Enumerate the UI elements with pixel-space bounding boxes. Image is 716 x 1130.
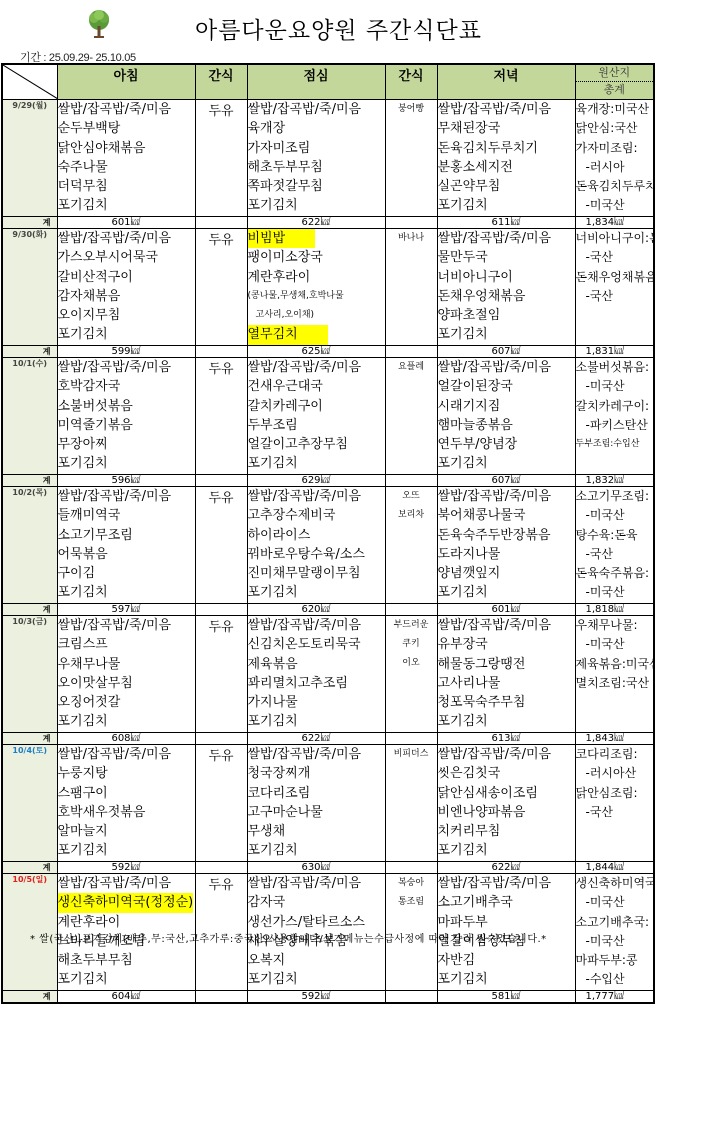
dinner-kcal: 611㎉	[437, 217, 575, 229]
menu-item-text: 치커리무침	[438, 824, 501, 839]
snack1-cell: 두유	[195, 616, 247, 733]
origin-cell: 우채무나물:-미국산제육볶음:미국산멸치조림:국산	[575, 616, 654, 733]
menu-item: 호박새우젓볶음	[58, 803, 195, 822]
diagonal-line-icon	[3, 65, 57, 99]
lunch-kcal: 629㎉	[247, 475, 385, 487]
menu-item-text: 쌀밥/잡곡밥/죽/미음	[58, 360, 172, 375]
daily-total-kcal: 1,831㎉	[575, 346, 654, 358]
menu-item: 자반김	[438, 951, 575, 970]
menu-item-text: 포기김치	[438, 198, 488, 213]
menu-item: 포기김치	[438, 325, 575, 344]
origin-item	[576, 712, 654, 731]
menu-item-text: 쌀밥/잡곡밥/죽/미음	[58, 102, 172, 117]
menu-item: 팽이미소장국	[248, 248, 385, 267]
breakfast-cell: 쌀밥/잡곡밥/죽/미음크림스프우채무나물오이맛살무침오징어젓갈포기김치	[57, 616, 195, 733]
menu-item: 쌀밥/잡곡밥/죽/미음	[438, 487, 575, 506]
column-header-snack2: 간식	[385, 64, 437, 100]
snack2-kcal	[385, 991, 437, 1004]
menu-item: 소불버섯볶음	[58, 397, 195, 416]
menu-item-text: 누룽지탕	[58, 766, 108, 781]
menu-item: 생선가스/탈타르소스	[248, 913, 385, 932]
menu-item: 쌀밥/잡곡밥/죽/미음	[438, 874, 575, 893]
origin-cell: 코다리조림:-러시아산닭안심조림:-국산	[575, 745, 654, 862]
menu-item-text: 쌀밥/잡곡밥/죽/미음	[248, 618, 362, 633]
menu-item-text: 호박새우젓볶음	[58, 805, 146, 820]
menu-item-text: 해물동그랑땡전	[438, 657, 526, 672]
day-row: 10/4(토)쌀밥/잡곡밥/죽/미음누룽지탕스팸구이호박새우젓볶음알마늘지포기김…	[2, 745, 654, 862]
menu-item-text: 쌀밥/잡곡밥/죽/미음	[248, 102, 362, 117]
origin-item: 소고기무조림:	[576, 487, 654, 506]
origin-item: -미국산	[576, 506, 654, 525]
dinner-cell: 쌀밥/잡곡밥/죽/미음얼갈이된장국시래기지짐햄마늘종볶음연두부/양념장포기김치	[437, 358, 575, 475]
menu-item-text: 소불버섯볶음	[58, 399, 133, 414]
menu-item: 해초두부무침	[248, 158, 385, 177]
menu-item: 가스오부시어묵국	[58, 248, 195, 267]
menu-item-text: 마파두부	[438, 915, 488, 930]
snack-item: 요플레	[386, 358, 437, 377]
day-label: 10/1(수)	[2, 358, 57, 475]
breakfast-kcal: 597㎉	[57, 604, 195, 616]
menu-item-text: 하이라이스	[248, 528, 311, 543]
menu-item: 쌀밥/잡곡밥/죽/미음	[438, 616, 575, 635]
column-header-lunch: 점심	[247, 64, 385, 100]
menu-item-text: 오이지무침	[58, 308, 121, 323]
menu-item-text: 쪽파젓갈무침	[248, 179, 323, 194]
snack-item: 통조림	[386, 893, 437, 912]
menu-item-text: 무장아찌	[58, 437, 108, 452]
menu-item: 분홍소세지전	[438, 158, 575, 177]
menu-item: 꿔바로우탕수육/소스	[248, 545, 385, 564]
menu-item-text: 비엔나양파볶음	[438, 805, 526, 820]
total-label: 계	[2, 862, 57, 874]
snack-item: 쿠키	[386, 635, 437, 654]
menu-item-text: 포기김치	[248, 714, 298, 729]
snack2-kcal	[385, 604, 437, 616]
menu-item: 얼갈이고추장무침	[248, 435, 385, 454]
daily-total-kcal: 1,843㎉	[575, 733, 654, 745]
menu-item-text: 실곤약무침	[438, 179, 501, 194]
origin-item: 돈육숙주볶음:	[576, 564, 654, 583]
menu-item-text: 순두부백탕	[58, 121, 121, 136]
snack2-kcal	[385, 475, 437, 487]
menu-item-text: 미역줄기볶음	[58, 418, 133, 433]
menu-item-text: 숙주나물	[58, 160, 108, 175]
menu-item: 숙주나물	[58, 158, 195, 177]
menu-item: 도라지나물	[438, 545, 575, 564]
origin-item: -국산	[576, 803, 654, 822]
menu-item-text: 시래기지짐	[438, 399, 501, 414]
menu-item-text: 소고기배추국	[438, 895, 513, 910]
menu-item: 두부조림	[248, 416, 385, 435]
menu-item-text: 무채된장국	[438, 121, 501, 136]
origin-item: 돈채우엉채볶음:	[576, 268, 654, 287]
breakfast-cell: 쌀밥/잡곡밥/죽/미음누룽지탕스팸구이호박새우젓볶음알마늘지포기김치	[57, 745, 195, 862]
menu-item-text: 팽이미소장국	[248, 250, 323, 265]
menu-item-text: 비빔밥	[248, 229, 316, 248]
menu-item-text: 더덕무침	[58, 179, 108, 194]
menu-item: 쌀밥/잡곡밥/죽/미음	[248, 487, 385, 506]
origin-item	[576, 822, 654, 841]
breakfast-kcal: 601㎉	[57, 217, 195, 229]
origin-cell: 소고기무조림:-미국산탕수육:돈육-국산돈육숙주볶음:-미국산	[575, 487, 654, 604]
menu-item-text: 가자미조림	[248, 141, 311, 156]
menu-item-text: 포기김치	[438, 972, 488, 987]
lunch-kcal: 630㎉	[247, 862, 385, 874]
dinner-kcal: 613㎉	[437, 733, 575, 745]
menu-item-text: 청국장찌개	[248, 766, 311, 781]
total-label: 총계	[576, 82, 654, 98]
menu-item-text: 포기김치	[248, 198, 298, 213]
origin-item: -미국산	[576, 196, 654, 215]
dinner-cell: 쌀밥/잡곡밥/죽/미음씻은김칫국닭안심새송이조림비엔나양파볶음치커리무침포기김치	[437, 745, 575, 862]
snack-item: 보리차	[386, 506, 437, 525]
menu-item: 꽈리멸치고추조림	[248, 674, 385, 693]
dinner-cell: 쌀밥/잡곡밥/죽/미음무채된장국돈육김치두루치기분홍소세지전실곤약무침포기김치	[437, 100, 575, 217]
origin-item: -러시아	[576, 158, 654, 177]
menu-item: 쌀밥/잡곡밥/죽/미음	[438, 745, 575, 764]
menu-item: 포기김치	[58, 325, 195, 344]
menu-item-text: 포기김치	[248, 843, 298, 858]
total-row: 계592㎉630㎉622㎉1,844㎉	[2, 862, 654, 874]
total-label: 계	[2, 475, 57, 487]
total-row: 계604㎉592㎉581㎉1,777㎉	[2, 991, 654, 1004]
breakfast-cell: 쌀밥/잡곡밥/죽/미음순두부백탕닭안심야채볶음숙주나물더덕무침포기김치	[57, 100, 195, 217]
snack1-kcal	[195, 346, 247, 358]
menu-item-text: 포기김치	[438, 327, 488, 342]
dinner-cell: 쌀밥/잡곡밥/죽/미음유부장국해물동그랑땡전고사리나물청포묵숙주무침포기김치	[437, 616, 575, 733]
menu-item-text: 포기김치	[58, 456, 108, 471]
lunch-cell: 쌀밥/잡곡밥/죽/미음신김치온도토리묵국제육볶음꽈리멸치고추조림가지나물포기김치	[247, 616, 385, 733]
breakfast-kcal: 604㎉	[57, 991, 195, 1004]
menu-item: 건새우근대국	[248, 377, 385, 396]
menu-item: 돈육김치두루치기	[438, 139, 575, 158]
menu-item: 포기김치	[58, 454, 195, 473]
day-row: 10/3(금)쌀밥/잡곡밥/죽/미음크림스프우채무나물오이맛살무침오징어젓갈포기…	[2, 616, 654, 733]
total-label: 계	[2, 991, 57, 1004]
snack2-cell: 부드러운쿠키이오	[385, 616, 437, 733]
menu-item-text: 포기김치	[438, 456, 488, 471]
menu-item-text: 포기김치	[248, 456, 298, 471]
menu-item: 고사리,오이채)	[248, 306, 385, 325]
weekly-menu-table: 아침 간식 점심 간식 저녁 원산지 총계 9/29(월)쌀밥/잡곡밥/죽/미음…	[1, 63, 655, 1004]
total-row: 계599㎉625㎉607㎉1,831㎉	[2, 346, 654, 358]
origin-label: 원산지	[576, 65, 654, 82]
origin-item: 닭안심:국산	[576, 119, 654, 138]
total-label: 계	[2, 217, 57, 229]
origin-item	[576, 325, 654, 344]
total-row: 계596㎉629㎉607㎉1,832㎉	[2, 475, 654, 487]
total-row: 계597㎉620㎉601㎉1,818㎉	[2, 604, 654, 616]
menu-item-text: 포기김치	[58, 585, 108, 600]
menu-item: 쌀밥/잡곡밥/죽/미음	[58, 100, 195, 119]
menu-item-text: 포기김치	[248, 972, 298, 987]
menu-item-text: 알마늘지	[58, 824, 108, 839]
menu-item: 비빔밥	[248, 229, 385, 248]
menu-item: 육개장	[248, 119, 385, 138]
menu-item: 쌀밥/잡곡밥/죽/미음	[248, 358, 385, 377]
total-label: 계	[2, 733, 57, 745]
menu-item-text: 양념깻잎지	[438, 566, 501, 581]
menu-item: 고사리나물	[438, 674, 575, 693]
menu-item: 우채무나물	[58, 655, 195, 674]
menu-item-text: 도라지나물	[438, 547, 501, 562]
menu-item: 쌀밥/잡곡밥/죽/미음	[58, 874, 195, 893]
menu-item-text: 북어채콩나물국	[438, 508, 526, 523]
menu-item-text: 닭안심야채볶음	[58, 141, 146, 156]
column-header-dinner: 저녁	[437, 64, 575, 100]
day-label: 10/3(금)	[2, 616, 57, 733]
snack-item: 부드러운	[386, 616, 437, 635]
menu-item-text: 포기김치	[58, 714, 108, 729]
menu-item-text: 쌀밥/잡곡밥/죽/미음	[438, 747, 552, 762]
origin-item: -러시아산	[576, 764, 654, 783]
breakfast-cell: 쌀밥/잡곡밥/죽/미음호박감자국소불버섯볶음미역줄기볶음무장아찌포기김치	[57, 358, 195, 475]
menu-item: 돈채우엉채볶음	[438, 287, 575, 306]
menu-item: 시래기지짐	[438, 397, 575, 416]
snack2-cell: 요플레	[385, 358, 437, 475]
origin-item: 가자미조림:	[576, 139, 654, 158]
total-row: 계608㎉622㎉613㎉1,843㎉	[2, 733, 654, 745]
menu-item: 쌀밥/잡곡밥/죽/미음	[438, 229, 575, 248]
lunch-kcal: 592㎉	[247, 991, 385, 1004]
menu-item-text: 가스오부시어묵국	[58, 250, 158, 265]
snack-item: 복숭아	[386, 874, 437, 893]
menu-item: 쌀밥/잡곡밥/죽/미음	[58, 487, 195, 506]
menu-item-text: 무생채	[248, 824, 286, 839]
menu-item: 청포묵숙주무침	[438, 693, 575, 712]
total-label: 계	[2, 346, 57, 358]
menu-item-text: 포기김치	[248, 585, 298, 600]
snack2-kcal	[385, 862, 437, 874]
snack-item: 오뜨	[386, 487, 437, 506]
menu-item: (콩나물,무생채,호박나물	[248, 287, 385, 306]
menu-item-text: 쌀밥/잡곡밥/죽/미음	[58, 489, 172, 504]
daily-total-kcal: 1,818㎉	[575, 604, 654, 616]
menu-item: 포기김치	[58, 712, 195, 731]
menu-item: 포기김치	[438, 970, 575, 989]
breakfast-kcal: 599㎉	[57, 346, 195, 358]
lunch-cell: 쌀밥/잡곡밥/죽/미음건새우근대국갈치카레구이두부조림얼갈이고추장무침포기김치	[247, 358, 385, 475]
origin-item: -미국산	[576, 893, 654, 912]
corner-cell	[2, 64, 57, 100]
menu-item: 포기김치	[438, 841, 575, 860]
menu-item: 감자국	[248, 893, 385, 912]
menu-item-text: 돈육김치두루치기	[438, 141, 538, 156]
breakfast-kcal: 608㎉	[57, 733, 195, 745]
menu-item-text: 포기김치	[438, 714, 488, 729]
menu-item-text: 오복지	[248, 953, 286, 968]
menu-item: 해초두부무침	[58, 951, 195, 970]
day-label: 10/2(목)	[2, 487, 57, 604]
snack2-cell: 오뜨보리차	[385, 487, 437, 604]
menu-item-text: 오징어젓갈	[58, 695, 121, 710]
breakfast-cell: 쌀밥/잡곡밥/죽/미음가스오부시어묵국갈비산적구이감자채볶음오이지무침포기김치	[57, 229, 195, 346]
menu-item: 미역줄기볶음	[58, 416, 195, 435]
total-label: 계	[2, 604, 57, 616]
menu-item-text: 해초두부무침	[58, 953, 133, 968]
lunch-cell: 쌀밥/잡곡밥/죽/미음육개장가자미조림해초두부무침쪽파젓갈무침포기김치	[247, 100, 385, 217]
menu-item-text: 돈육숙주두반장볶음	[438, 528, 551, 543]
lunch-kcal: 622㎉	[247, 217, 385, 229]
menu-item-text: 너비아니구이	[438, 270, 513, 285]
origin-item: 우채무나물:	[576, 616, 654, 635]
day-row: 10/2(목)쌀밥/잡곡밥/죽/미음들깨미역국소고기무조림어묵볶음구이김포기김치…	[2, 487, 654, 604]
menu-item: 오이맛살무침	[58, 674, 195, 693]
origin-item: 너비아니구이:돈,계육	[576, 229, 654, 248]
origin-item: 갈치카레구이:	[576, 397, 654, 416]
menu-item: 쪽파젓갈무침	[248, 177, 385, 196]
menu-item-text: 고추장수제비국	[248, 508, 336, 523]
menu-item-text: 쌀밥/잡곡밥/죽/미음	[58, 876, 172, 891]
origin-item	[576, 841, 654, 860]
menu-item-text: (콩나물,무생채,호박나물	[248, 291, 344, 301]
menu-item: 순두부백탕	[58, 119, 195, 138]
menu-item: 계란후라이	[248, 268, 385, 287]
menu-item: 무장아찌	[58, 435, 195, 454]
menu-item: 무생채	[248, 822, 385, 841]
origin-item	[576, 693, 654, 712]
breakfast-cell: 쌀밥/잡곡밥/죽/미음들깨미역국소고기무조림어묵볶음구이김포기김치	[57, 487, 195, 604]
menu-item-text: 갈비산적구이	[58, 270, 133, 285]
snack2-kcal	[385, 346, 437, 358]
menu-item-text: 얼갈이고추장무침	[248, 437, 348, 452]
origin-item: 닭안심조림:	[576, 784, 654, 803]
origin-cell: 너비아니구이:돈,계육-국산돈채우엉채볶음:-국산	[575, 229, 654, 346]
day-label: 9/29(월)	[2, 100, 57, 217]
menu-item: 진미채무말랭이무침	[248, 564, 385, 583]
menu-item: 가자미조림	[248, 139, 385, 158]
breakfast-kcal: 596㎉	[57, 475, 195, 487]
menu-item: 마파두부	[438, 913, 575, 932]
menu-item-text: 쌀밥/잡곡밥/죽/미음	[248, 489, 362, 504]
day-row: 10/1(수)쌀밥/잡곡밥/죽/미음호박감자국소불버섯볶음미역줄기볶음무장아찌포…	[2, 358, 654, 475]
menu-item-text: 갈치카레구이	[248, 399, 323, 414]
menu-item: 고추장수제비국	[248, 506, 385, 525]
origin-item	[576, 454, 654, 473]
snack2-kcal	[385, 217, 437, 229]
menu-item-text: 소고기무조림	[58, 528, 133, 543]
menu-item: 포기김치	[438, 583, 575, 602]
menu-item: 포기김치	[248, 196, 385, 215]
dinner-cell: 쌀밥/잡곡밥/죽/미음물만두국너비아니구이돈채우엉채볶음양파초절임포기김치	[437, 229, 575, 346]
menu-item-text: 신김치온도토리묵국	[248, 637, 361, 652]
menu-item-text: 오이맛살무침	[58, 676, 133, 691]
menu-item-text: 포기김치	[58, 327, 108, 342]
menu-item: 포기김치	[58, 841, 195, 860]
menu-item: 포기김치	[248, 583, 385, 602]
snack1-kcal	[195, 217, 247, 229]
menu-item: 포기김치	[438, 454, 575, 473]
column-header-snack1: 간식	[195, 64, 247, 100]
snack1-cell: 두유	[195, 358, 247, 475]
menu-item-text: 꿔바로우탕수육/소스	[248, 547, 365, 562]
daily-total-kcal: 1,844㎉	[575, 862, 654, 874]
menu-item: 쌀밥/잡곡밥/죽/미음	[248, 745, 385, 764]
origin-item: 멸치조림:국산	[576, 674, 654, 693]
menu-item-text: 계란후라이	[58, 915, 121, 930]
menu-item: 청국장찌개	[248, 764, 385, 783]
menu-item: 쌀밥/잡곡밥/죽/미음	[248, 874, 385, 893]
dinner-kcal: 581㎉	[437, 991, 575, 1004]
menu-item: 열무김치	[248, 325, 385, 344]
origin-cell: 소불버섯볶음:-미국산갈치카레구이:-파키스탄산두부조림:수입산	[575, 358, 654, 475]
page-title: 아름다운요양원 주간식단표	[195, 12, 482, 45]
menu-item-text: 분홍소세지전	[438, 160, 513, 175]
menu-item: 구이김	[58, 564, 195, 583]
origin-item	[576, 306, 654, 325]
snack1-cell: 두유	[195, 229, 247, 346]
lunch-cell: 쌀밥/잡곡밥/죽/미음청국장찌개코다리조림고구마순나물무생채포기김치	[247, 745, 385, 862]
menu-item-text: 구이김	[58, 566, 96, 581]
snack2-cell: 붕어빵	[385, 100, 437, 217]
menu-item-text: 쌀밥/잡곡밥/죽/미음	[248, 360, 362, 375]
menu-item: 쌀밥/잡곡밥/죽/미음	[438, 358, 575, 377]
dinner-kcal: 607㎉	[437, 475, 575, 487]
menu-item: 얼갈이된장국	[438, 377, 575, 396]
origin-item: 코다리조림:	[576, 745, 654, 764]
origin-item: -미국산	[576, 932, 654, 951]
snack1-cell: 두유	[195, 745, 247, 862]
page-header: 아름다운요양원 주간식단표 기간 : 25.09.29- 25.10.05	[0, 0, 716, 48]
origin-item: -수입산	[576, 970, 654, 989]
menu-item-text: 쌀밥/잡곡밥/죽/미음	[58, 618, 172, 633]
menu-item: 쌀밥/잡곡밥/죽/미음	[248, 100, 385, 119]
menu-item: 포기김치	[248, 970, 385, 989]
menu-item-text: 두부조림	[248, 418, 298, 433]
menu-item-text: 포기김치	[58, 198, 108, 213]
snack1-kcal	[195, 862, 247, 874]
menu-item: 쌀밥/잡곡밥/죽/미음	[58, 358, 195, 377]
menu-item: 스팸구이	[58, 784, 195, 803]
menu-item: 치커리무침	[438, 822, 575, 841]
menu-item: 제육볶음	[248, 655, 385, 674]
menu-item-text: 햄마늘종볶음	[438, 418, 513, 433]
menu-item: 물만두국	[438, 248, 575, 267]
menu-item: 하이라이스	[248, 526, 385, 545]
menu-item-text: 포기김치	[58, 972, 108, 987]
menu-item-text: 쌀밥/잡곡밥/죽/미음	[438, 618, 552, 633]
menu-item-text: 제육볶음	[248, 657, 298, 672]
menu-item-text: 열무김치	[248, 325, 328, 344]
menu-item-text: 감자국	[248, 895, 286, 910]
menu-item-text: 쌀밥/잡곡밥/죽/미음	[248, 876, 362, 891]
menu-item-text: 돈채우엉채볶음	[438, 289, 526, 304]
menu-item: 크림스프	[58, 635, 195, 654]
column-header-origin: 원산지 총계	[575, 64, 654, 100]
snack1-cell: 두유	[195, 487, 247, 604]
menu-item: 포기김치	[58, 196, 195, 215]
menu-item-text: 청포묵숙주무침	[438, 695, 526, 710]
menu-item: 닭안심새송이조림	[438, 784, 575, 803]
menu-item: 소고기무조림	[58, 526, 195, 545]
menu-item-text: 꽈리멸치고추조림	[248, 676, 348, 691]
menu-item-text: 스팸구이	[58, 786, 108, 801]
menu-item: 포기김치	[58, 583, 195, 602]
menu-item: 들깨미역국	[58, 506, 195, 525]
menu-item: 씻은김칫국	[438, 764, 575, 783]
menu-item: 오이지무침	[58, 306, 195, 325]
menu-item-text: 가지나물	[248, 695, 298, 710]
snack2-cell: 비피더스	[385, 745, 437, 862]
menu-item: 너비아니구이	[438, 268, 575, 287]
menu-item-text: 고구마순나물	[248, 805, 323, 820]
dinner-kcal: 607㎉	[437, 346, 575, 358]
menu-item: 실곤약무침	[438, 177, 575, 196]
origin-item: 소불버섯볶음:	[576, 358, 654, 377]
menu-item-text: 연두부/양념장	[438, 437, 518, 452]
menu-item: 양념깻잎지	[438, 564, 575, 583]
origin-item: 제육볶음:미국산	[576, 655, 654, 674]
